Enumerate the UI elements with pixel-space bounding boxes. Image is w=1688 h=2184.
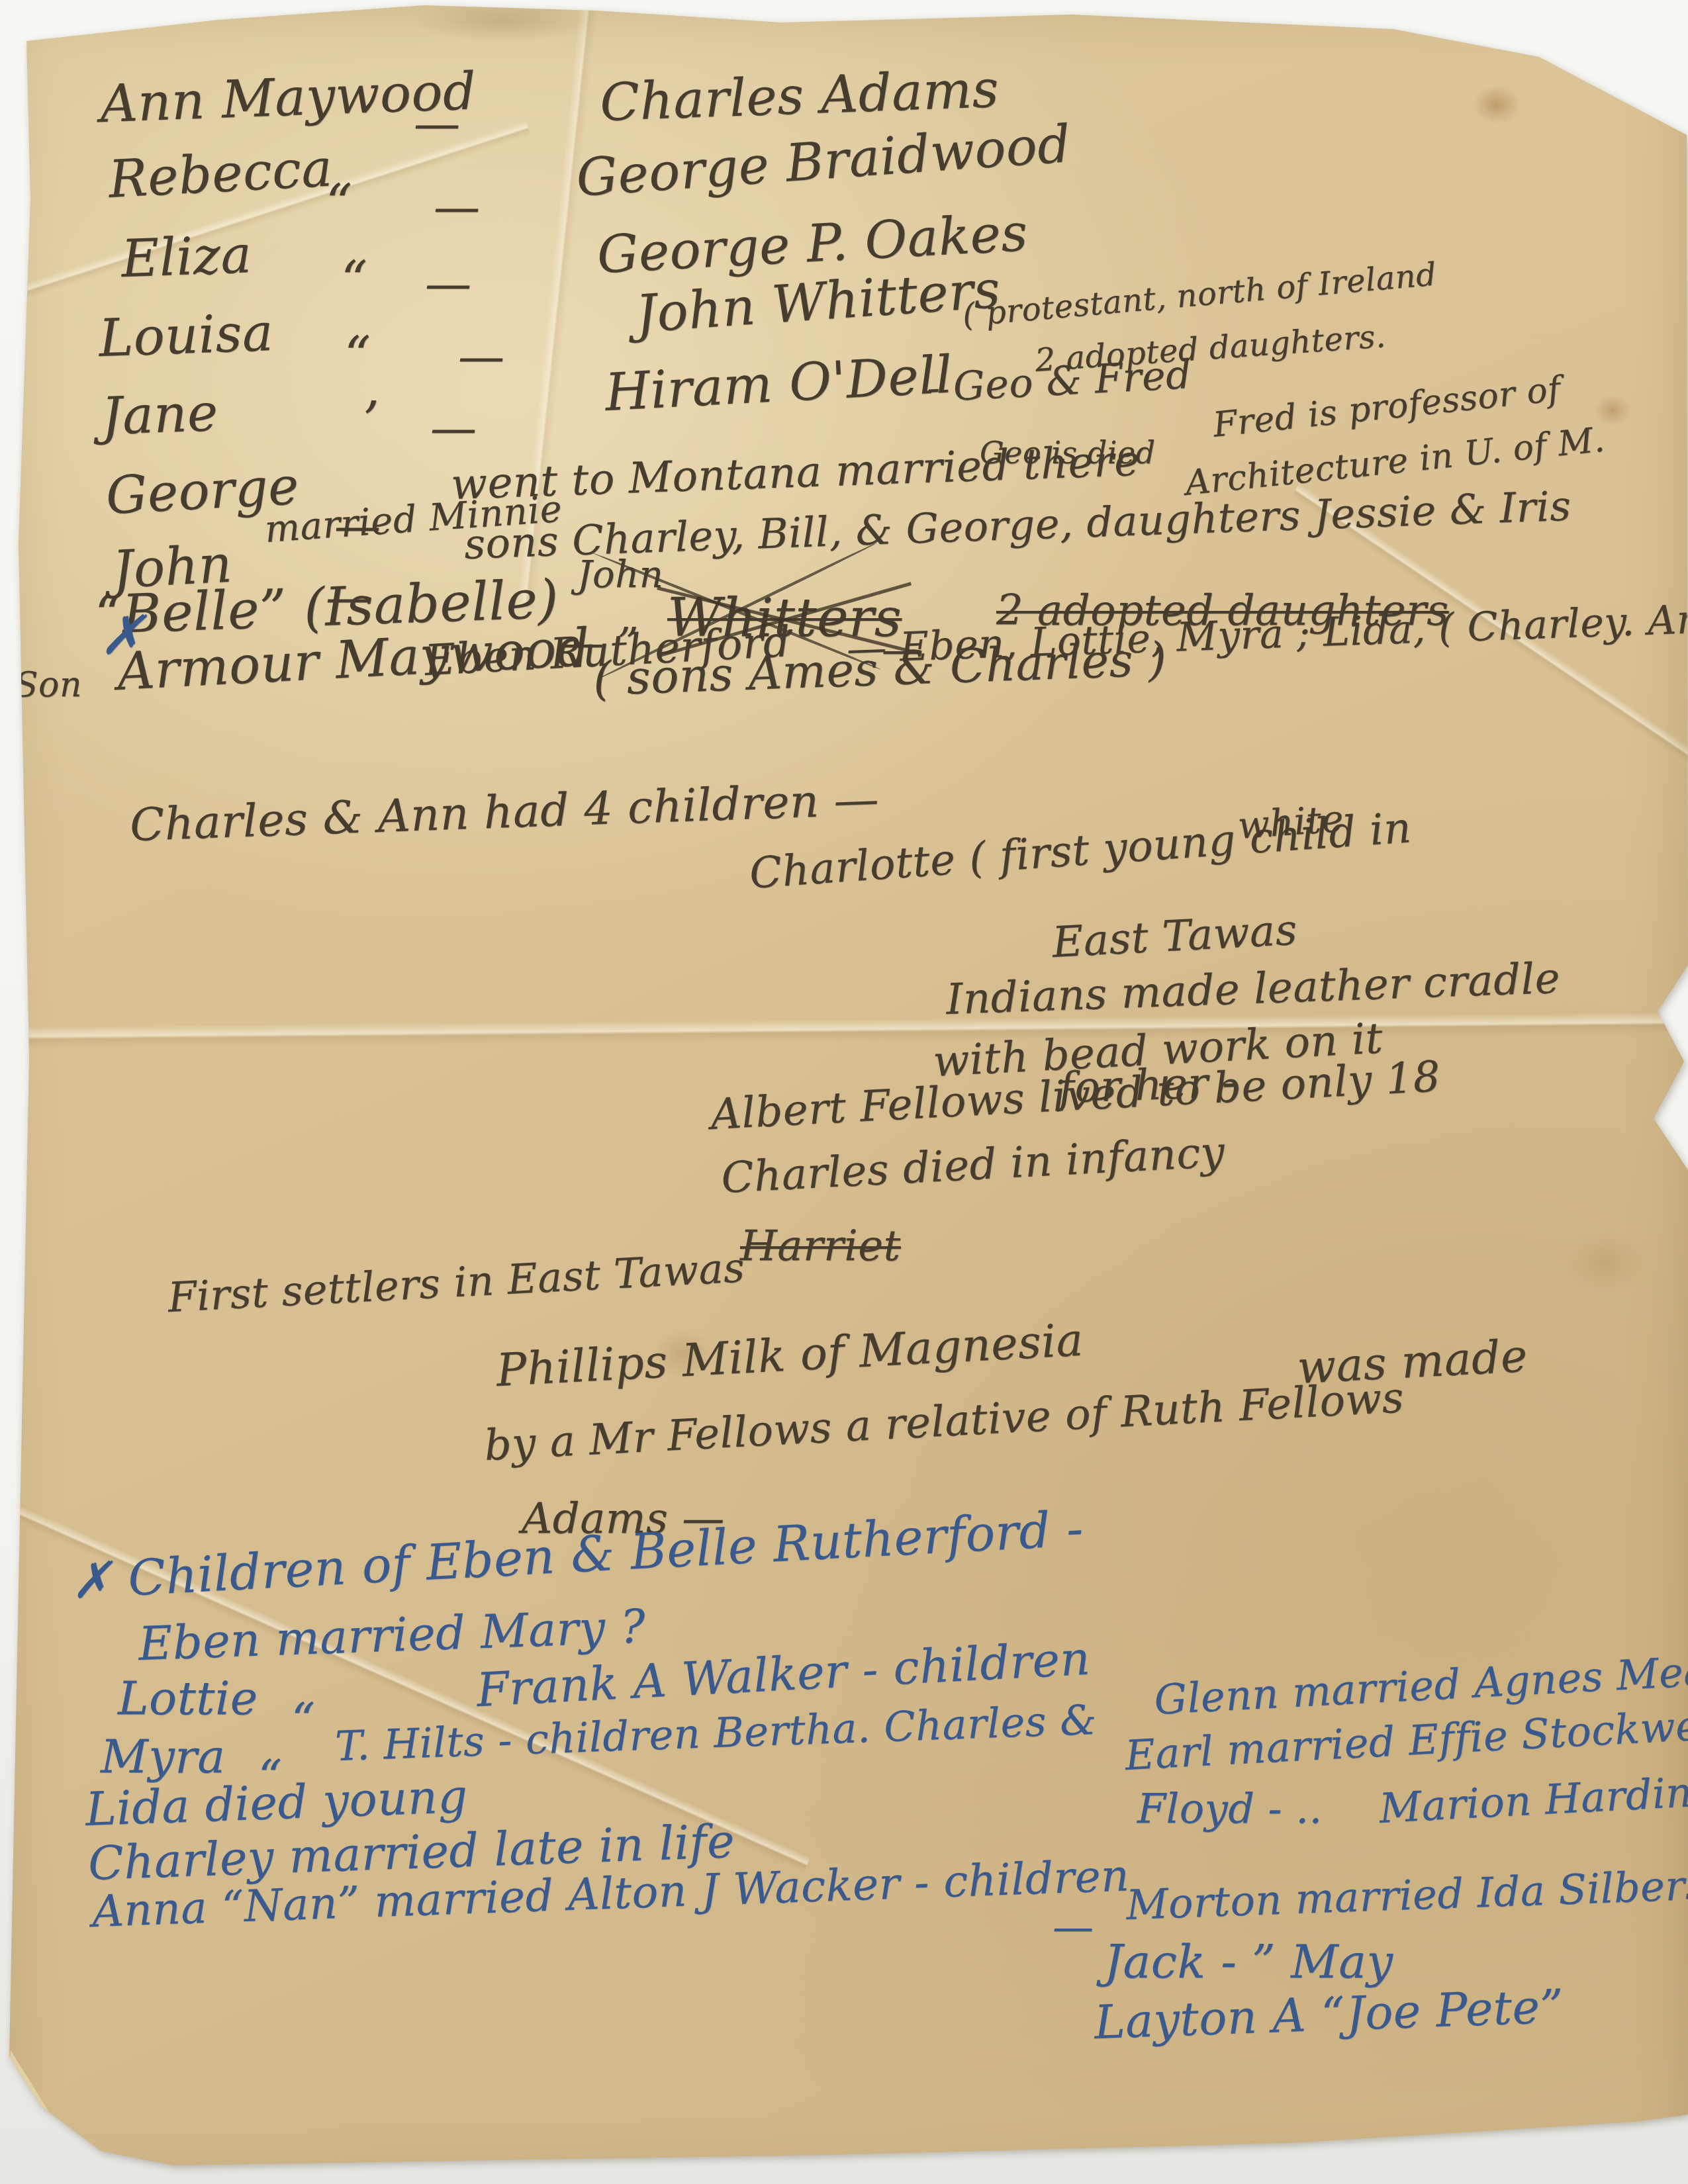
line-floyd: Floyd - .. — [1137, 1787, 1323, 1830]
ditto-rebecca: “ — [326, 177, 352, 232]
name-louisa: Louisa — [98, 306, 274, 367]
line-indians: Indians made leather cradle — [945, 957, 1561, 1023]
note-belle-john: John — [577, 556, 663, 595]
name-rebecca: Rebecca — [107, 142, 334, 207]
spouse-myra: T. Hilts - children Bertha. Charles & — [334, 1698, 1098, 1768]
name-jane: Jane — [101, 387, 219, 445]
dash-louisa: — — [458, 332, 505, 381]
name-eliza: Eliza — [120, 228, 253, 287]
note-son: Son — [15, 667, 82, 704]
line-layton: Layton A “Joe Pete” — [1094, 1982, 1565, 2047]
line-morton: Morton married Ida Silberstein — [1125, 1860, 1688, 1927]
dash-eliza: — — [425, 259, 472, 308]
paper-surface: Ann Maywood—Charles AdamsRebecca“—George… — [0, 0, 1688, 2184]
line-phillips: Phillips Milk of Magnesia — [495, 1317, 1084, 1395]
note-jane-sons: - Geo & Fred — [925, 354, 1192, 410]
ditto-louisa: “ — [344, 330, 371, 384]
ditto-eliza: “ — [341, 254, 367, 308]
ink-layer: Ann Maywood—Charles AdamsRebecca“—George… — [0, 0, 1688, 2184]
spouse-jane: Hiram O'Dell — [604, 348, 954, 420]
line-first-settlers: First settlers in East Tawas — [167, 1246, 746, 1319]
dash-rebecca: — — [434, 183, 481, 232]
dash-ann: — — [414, 99, 461, 148]
paper-sheet: Ann Maywood—Charles AdamsRebecca“—George… — [0, 0, 1688, 2184]
spouse-ann: Charles Adams — [599, 63, 1000, 131]
name-myra: Myra — [101, 1733, 225, 1782]
strike-harriet: Harriet — [740, 1224, 901, 1269]
line-charles-infancy: Charles died in infancy — [720, 1130, 1226, 1201]
ditto-lottie: “ — [291, 1696, 315, 1745]
ditto-jane: ’ — [363, 394, 379, 449]
line-east-tawas: East Tawas — [1051, 909, 1298, 966]
name-lottie: Lottie — [118, 1674, 258, 1723]
line-charles-ann: Charles & Ann had 4 children — — [129, 776, 880, 849]
line-floyd-spouse: Marion Harding — [1378, 1769, 1688, 1830]
scanner-background: Ann Maywood—Charles AdamsRebecca“—George… — [0, 0, 1688, 2184]
line-jack: Jack - ” May — [1104, 1938, 1393, 1987]
dash-jane: — — [430, 404, 477, 453]
dash-anna: — — [1053, 1905, 1094, 1948]
